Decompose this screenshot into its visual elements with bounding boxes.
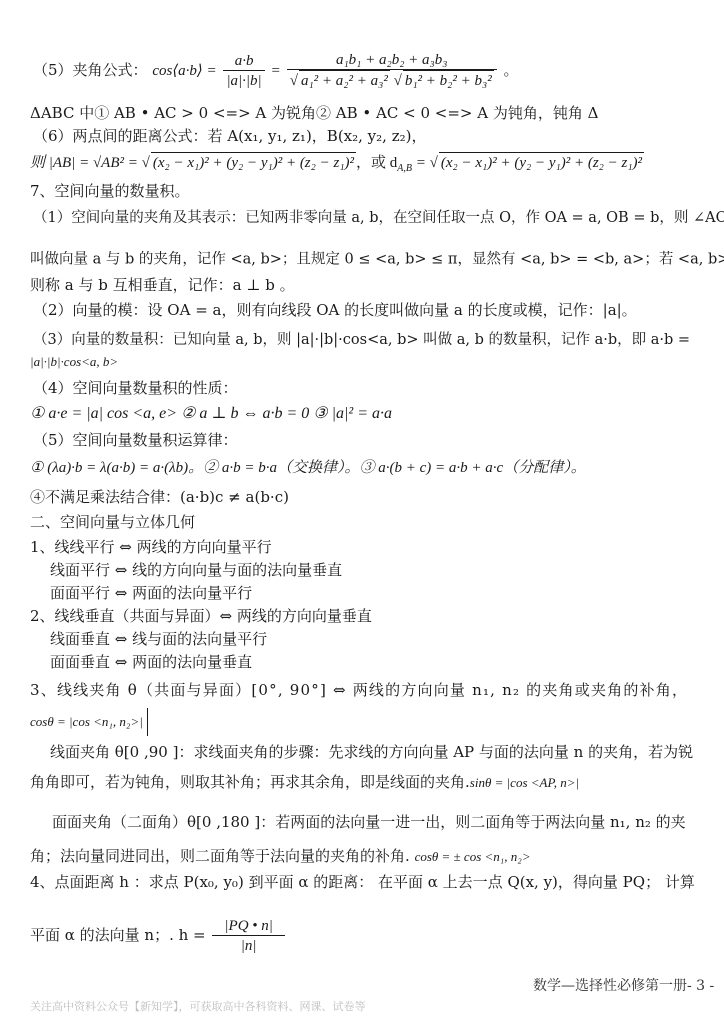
line-line-angle: 3、线线夹角 θ（共面与异面）[0°, 90°] ⇔ 两线的方向向量 n₁, n…: [30, 680, 688, 700]
relation-item: 1、线线平行 ⇔ 两线的方向向量平行: [30, 537, 272, 557]
line-plane-angle-formula: sinθ = |cos <AP, n>|: [470, 775, 579, 790]
dot-product-laws-heading: （5）空间向量数量积运算律：: [33, 430, 238, 450]
section-7-heading: 7、空间向量的数量积。: [30, 181, 190, 201]
relation-item: 面面平行 ⇔ 两面的法向量平行: [50, 583, 252, 603]
dot-product-properties-heading: （4）空间向量数量积的性质：: [33, 378, 238, 398]
point-plane-distance-line2: 平面 α 的法向量 n；. h = |PQ • n| |n|: [30, 905, 287, 965]
dot-product-definition-line2: |a|·|b|·cos<a, b>: [30, 352, 118, 372]
associative-law-note: ④不满足乘法结合律：(a·b)c ≠ a(b·c): [30, 487, 289, 507]
relation-item: 2、线线垂直（共面与异面）⇔ 两线的方向向量垂直: [30, 606, 372, 626]
distance-formula-intro: （6）两点间的距离公式：若 A(x₁, y₁, z₁)，B(x₂, y₂, z₂…: [33, 126, 426, 146]
angle-formula-line: （5）夹角公式： cos⟨a·b⟩ = a·b |a|·|b| = a₁b₁ +…: [33, 50, 519, 91]
perpendicular-definition: 则称 a 与 b 互相垂直，记作：a ⊥ b 。: [30, 275, 295, 295]
line-plane-angle-line2: 角角即可，若为钝角，则取其补角；再求其余角，即是线面的夹角.sinθ = |co…: [30, 772, 579, 793]
page-footer-title: 数学—选择性必修第一册- 3 -: [533, 975, 714, 995]
angle-definition-line1: （1）空间向量的夹角及其表示：已知两非零向量 a, b，在空间任取一点 O，作 …: [33, 208, 724, 228]
angle-formula-lhs: cos⟨a·b⟩ =: [152, 63, 216, 79]
angle-fraction-simple: a·b |a|·|b|: [223, 52, 264, 91]
angle-definition-line2: 叫做向量 a 与 b 的夹角，记作 <a, b>；且规定 0 ≤ <a, b> …: [30, 240, 724, 279]
line-line-angle-formula: cosθ = |cos <n₁, n₂>|: [30, 708, 148, 736]
angle-fraction-coords: a₁b₁ + a₂b₂ + a₃b₃ √a₁² + a₂² + a₃² √b₁²…: [287, 51, 497, 91]
watermark-text: 关注高中资料公众号【新知学】，可获取高中各科资料、网课、试卷等: [30, 998, 366, 1014]
dot-product-laws: ① (λa)·b = λ(a·b) = a·(λb)。② a·b = b·a（交…: [30, 458, 586, 478]
relation-item: 面面垂直 ⇔ 两面的法向量垂直: [50, 652, 252, 672]
distance-formula: 则 |AB| = √AB² = √(x₂ − x₁)² + (y₂ − y₁)²…: [30, 152, 644, 179]
part2-heading: 二、空间向量与立体几何: [30, 512, 195, 532]
plane-plane-angle-line1: 面面夹角（二面角）θ[0 ,180 ]：若两面的法向量一进一出，则二面角等于两法…: [52, 812, 686, 832]
angle-formula-label: （5）夹角公式：: [33, 61, 148, 79]
relation-item: 线面垂直 ⇔ 线与面的法向量平行: [50, 629, 267, 649]
plane-plane-angle-line2: 角；法向量同进同出，则二面角等于法向量的夹角的补角. cosθ = ± cos …: [30, 846, 531, 867]
dot-product-properties: ① a·e = |a| cos <a, e> ② a ⊥ b ⇔ a·b = 0…: [30, 404, 392, 424]
plane-plane-angle-formula: cosθ = ± cos <n₁, n₂>: [415, 849, 531, 864]
point-plane-distance-line1: 4、点面距离 h ：求点 P(x₀, y₀) 到平面 α 的距离： 在平面 α …: [30, 872, 695, 892]
dot-product-definition-line1: （3）向量的数量积：已知向量 a, b，则 |a|·|b|·cos<a, b> …: [33, 330, 690, 350]
triangle-rule: ΔABC 中① AB • AC > 0 <=> A 为锐角② AB • AC <…: [30, 103, 598, 123]
line-plane-angle-line1: 线面夹角 θ[0 ,90 ]：求线面夹角的步骤：先求线的方向向量 AP 与面的法…: [50, 742, 693, 762]
vector-modulus: （2）向量的模：设 OA = a，则有向线段 OA 的长度叫做向量 a 的长度或…: [33, 300, 637, 320]
distance-fraction: |PQ • n| |n|: [212, 917, 285, 956]
relation-item: 线面平行 ⇔ 线的方向向量与面的法向量垂直: [50, 560, 342, 580]
